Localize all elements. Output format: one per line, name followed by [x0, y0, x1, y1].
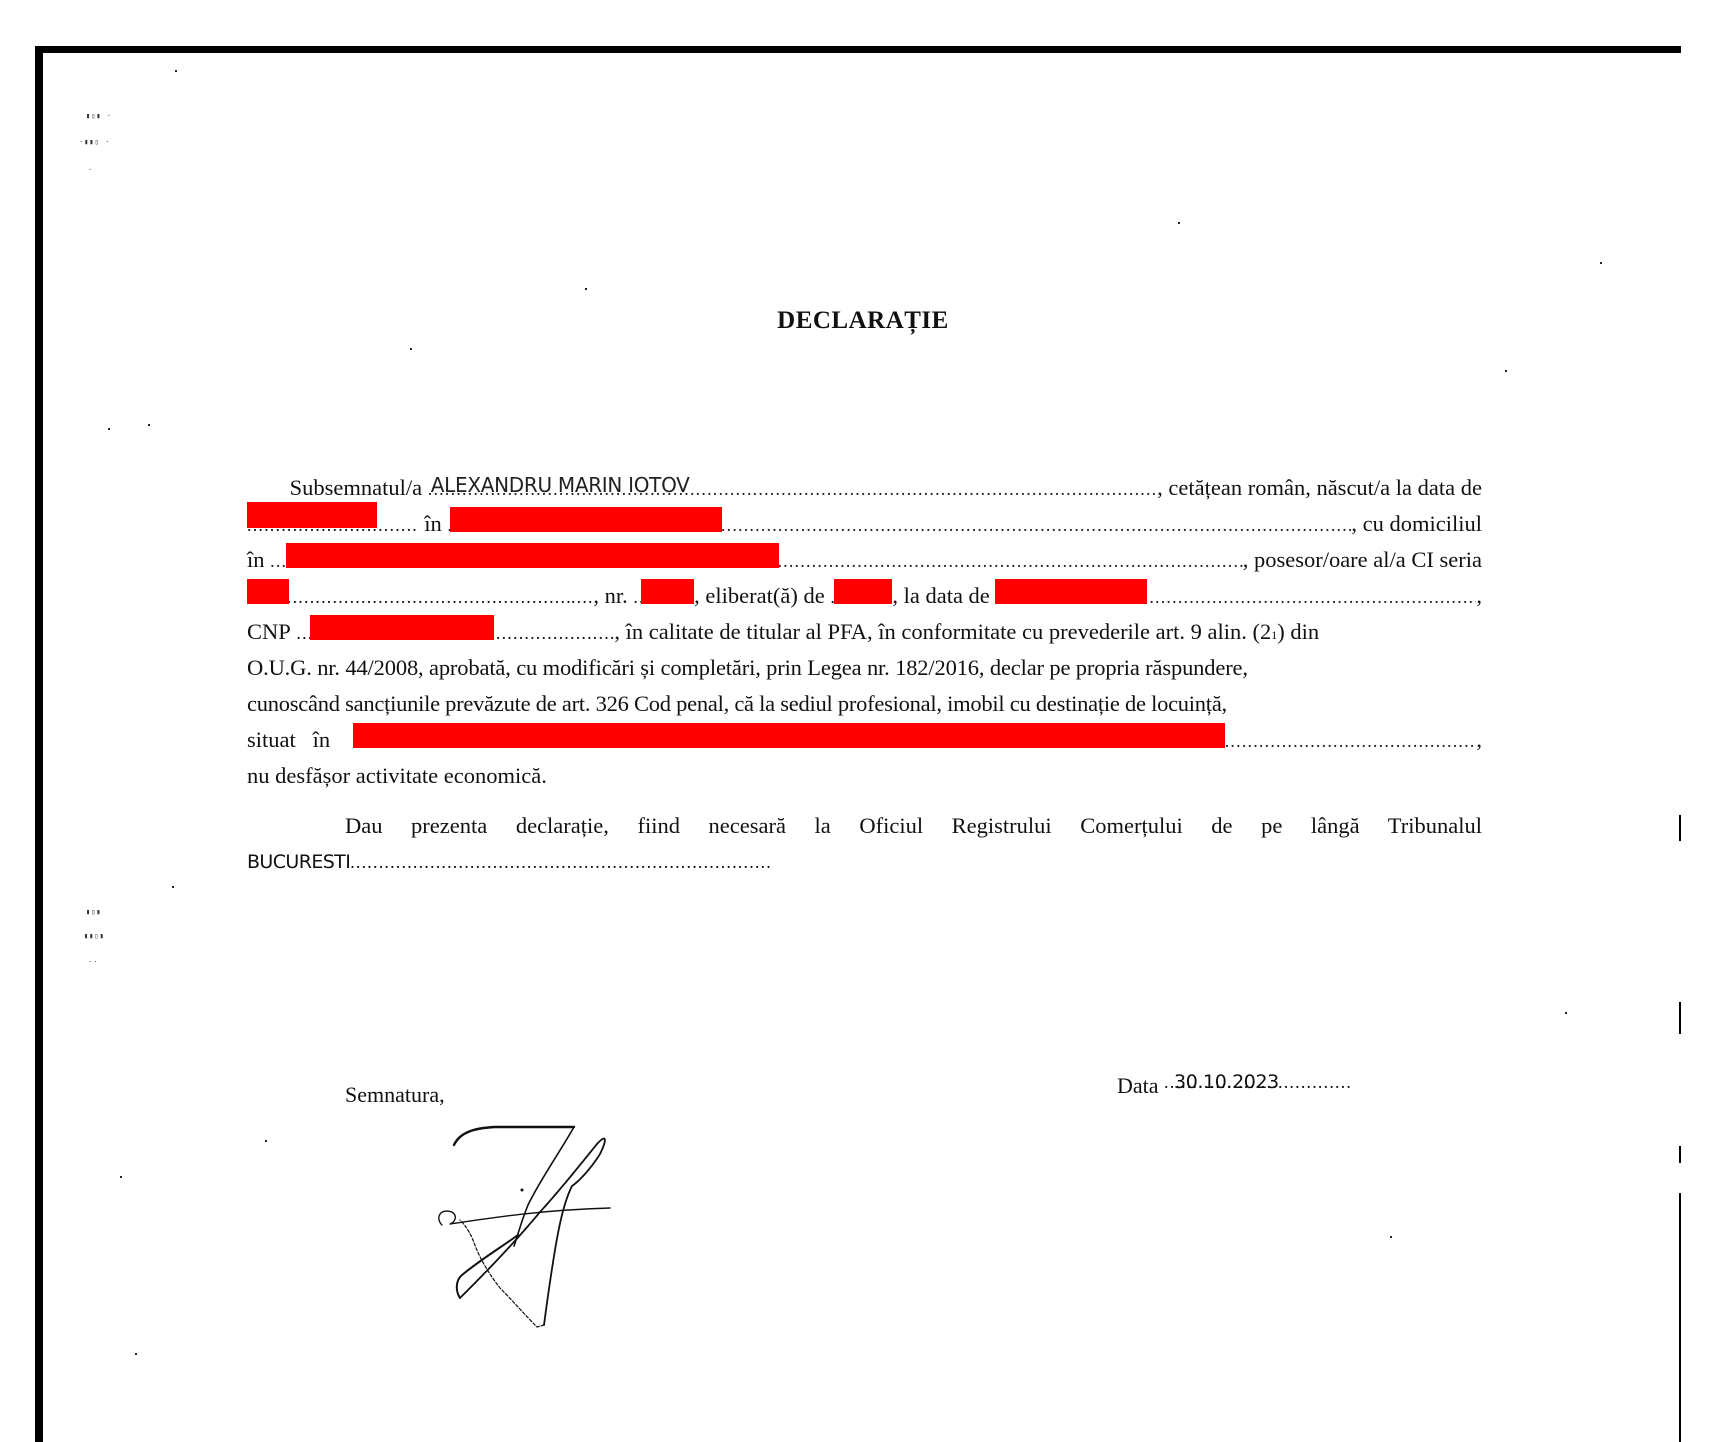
text-line: situat în ,: [247, 722, 1482, 758]
scan-speck: [265, 1140, 267, 1142]
scan-speck: [108, 428, 110, 430]
id-number-field: [633, 579, 694, 615]
name-field: ALEXANDRU MARIN IOTOV: [428, 471, 1157, 507]
label-in: în: [247, 542, 265, 578]
redacted-birth-date: [247, 502, 377, 528]
scan-border-top: [35, 46, 1681, 53]
scan-speck: [1600, 262, 1602, 264]
name-value: ALEXANDRU MARIN IOTOV: [431, 471, 690, 503]
scan-speck: [120, 1176, 122, 1178]
text-line: cunoscând sancțiunile prevăzute de art. …: [247, 686, 1482, 722]
scan-speck: [585, 288, 587, 290]
text-fragment: O.U.G. nr. 44/2008, aprobată, cu modific…: [247, 650, 1248, 686]
scan-border-right-fragment: [1679, 815, 1681, 841]
text-fragment: Dau prezenta declarație, fiind necesară …: [345, 808, 1482, 844]
birthplace-field: [447, 507, 1351, 543]
scan-speck: [1565, 1012, 1567, 1014]
scan-speck: [410, 348, 412, 350]
label-eliberat: , eliberat(ă) de: [694, 578, 825, 614]
handwritten-signature: [400, 1120, 640, 1360]
scan-border-left: [35, 46, 43, 1442]
text-line: , nr. , eliberat(ă) de , la data de ,: [247, 578, 1482, 614]
text-fragment: cunoscând sancțiunile prevăzute de art. …: [247, 686, 1227, 722]
issue-date-field: [995, 579, 1476, 615]
headquarters-address-field: [353, 723, 1477, 759]
text-line: CNP , în calitate de titular al PFA, în …: [247, 614, 1482, 650]
scan-speck: [135, 1353, 137, 1355]
scan-speck: [1505, 370, 1507, 372]
date-value: 30.10.2023: [1174, 1071, 1279, 1093]
label-domiciliu: , cu domiciliul: [1351, 506, 1482, 542]
declaration-paragraph: Subsemnatul/a ALEXANDRU MARIN IOTOV , ce…: [247, 470, 1482, 794]
scan-speck: [175, 70, 177, 72]
scan-artifact: ▮▯▮ ·: [86, 112, 112, 120]
text-line: BUCURESTI: [247, 844, 1482, 880]
text-line: Subsemnatul/a ALEXANDRU MARIN IOTOV , ce…: [247, 470, 1482, 506]
label-nr: , nr.: [593, 578, 627, 614]
label-subsemnatul: Subsemnatul/a: [290, 470, 422, 506]
label-posesor: , posesor/oare al/a CI seria: [1243, 542, 1482, 578]
label-cetatean: , cetățean român, născut/a la data de: [1157, 470, 1482, 506]
scan-border-right-fragment: [1679, 1146, 1681, 1163]
scan-speck: [1390, 1236, 1392, 1238]
text-line: nu desfășor activitate economică.: [247, 758, 1482, 794]
tribunal-value: BUCURESTI: [247, 844, 350, 880]
scan-artifact: ··: [88, 958, 98, 966]
text-line: O.U.G. nr. 44/2008, aprobată, cu modific…: [247, 650, 1482, 686]
purpose-paragraph: Dau prezenta declarație, fiind necesară …: [247, 808, 1482, 880]
label-in: în: [424, 506, 442, 542]
scan-border-right-fragment: [1679, 1193, 1681, 1442]
label-situat-in: situat în: [247, 722, 330, 758]
date-label: Data: [1117, 1073, 1159, 1099]
date-block: Data 30.10.2023: [1117, 1072, 1350, 1099]
scan-border-right-fragment: [1679, 1002, 1681, 1034]
signature-label: Semnatura,: [345, 1082, 445, 1108]
document-title: DECLARAȚIE: [0, 307, 1726, 335]
id-series-field: [247, 579, 571, 615]
label-cnp: CNP: [247, 614, 291, 650]
text-fragment: nu desfășor activitate economică.: [247, 758, 547, 794]
issuer-field: [830, 579, 892, 615]
date-field: 30.10.2023: [1164, 1072, 1350, 1099]
label-la-data: , la data de: [892, 578, 989, 614]
text-line: în , cu domiciliul: [247, 506, 1482, 542]
cnp-field: [296, 615, 614, 651]
scan-speck: [1178, 222, 1180, 224]
scan-artifact: ·▮▮▯ ·: [79, 138, 110, 146]
scan-speck: [172, 886, 174, 888]
text-line: Dau prezenta declarație, fiind necesară …: [247, 808, 1482, 844]
address-field: [270, 543, 1243, 579]
scan-speck: [148, 424, 150, 426]
scan-artifact: ▮▯▮: [86, 908, 102, 916]
scan-artifact: ·: [88, 166, 93, 174]
text-line: în , posesor/oare al/a CI seria: [247, 542, 1482, 578]
scan-artifact: ▮▮▯▮: [84, 932, 105, 940]
text-fragment: ) din: [1277, 614, 1319, 650]
text-fragment: , în calitate de titular al PFA, în conf…: [614, 614, 1271, 650]
